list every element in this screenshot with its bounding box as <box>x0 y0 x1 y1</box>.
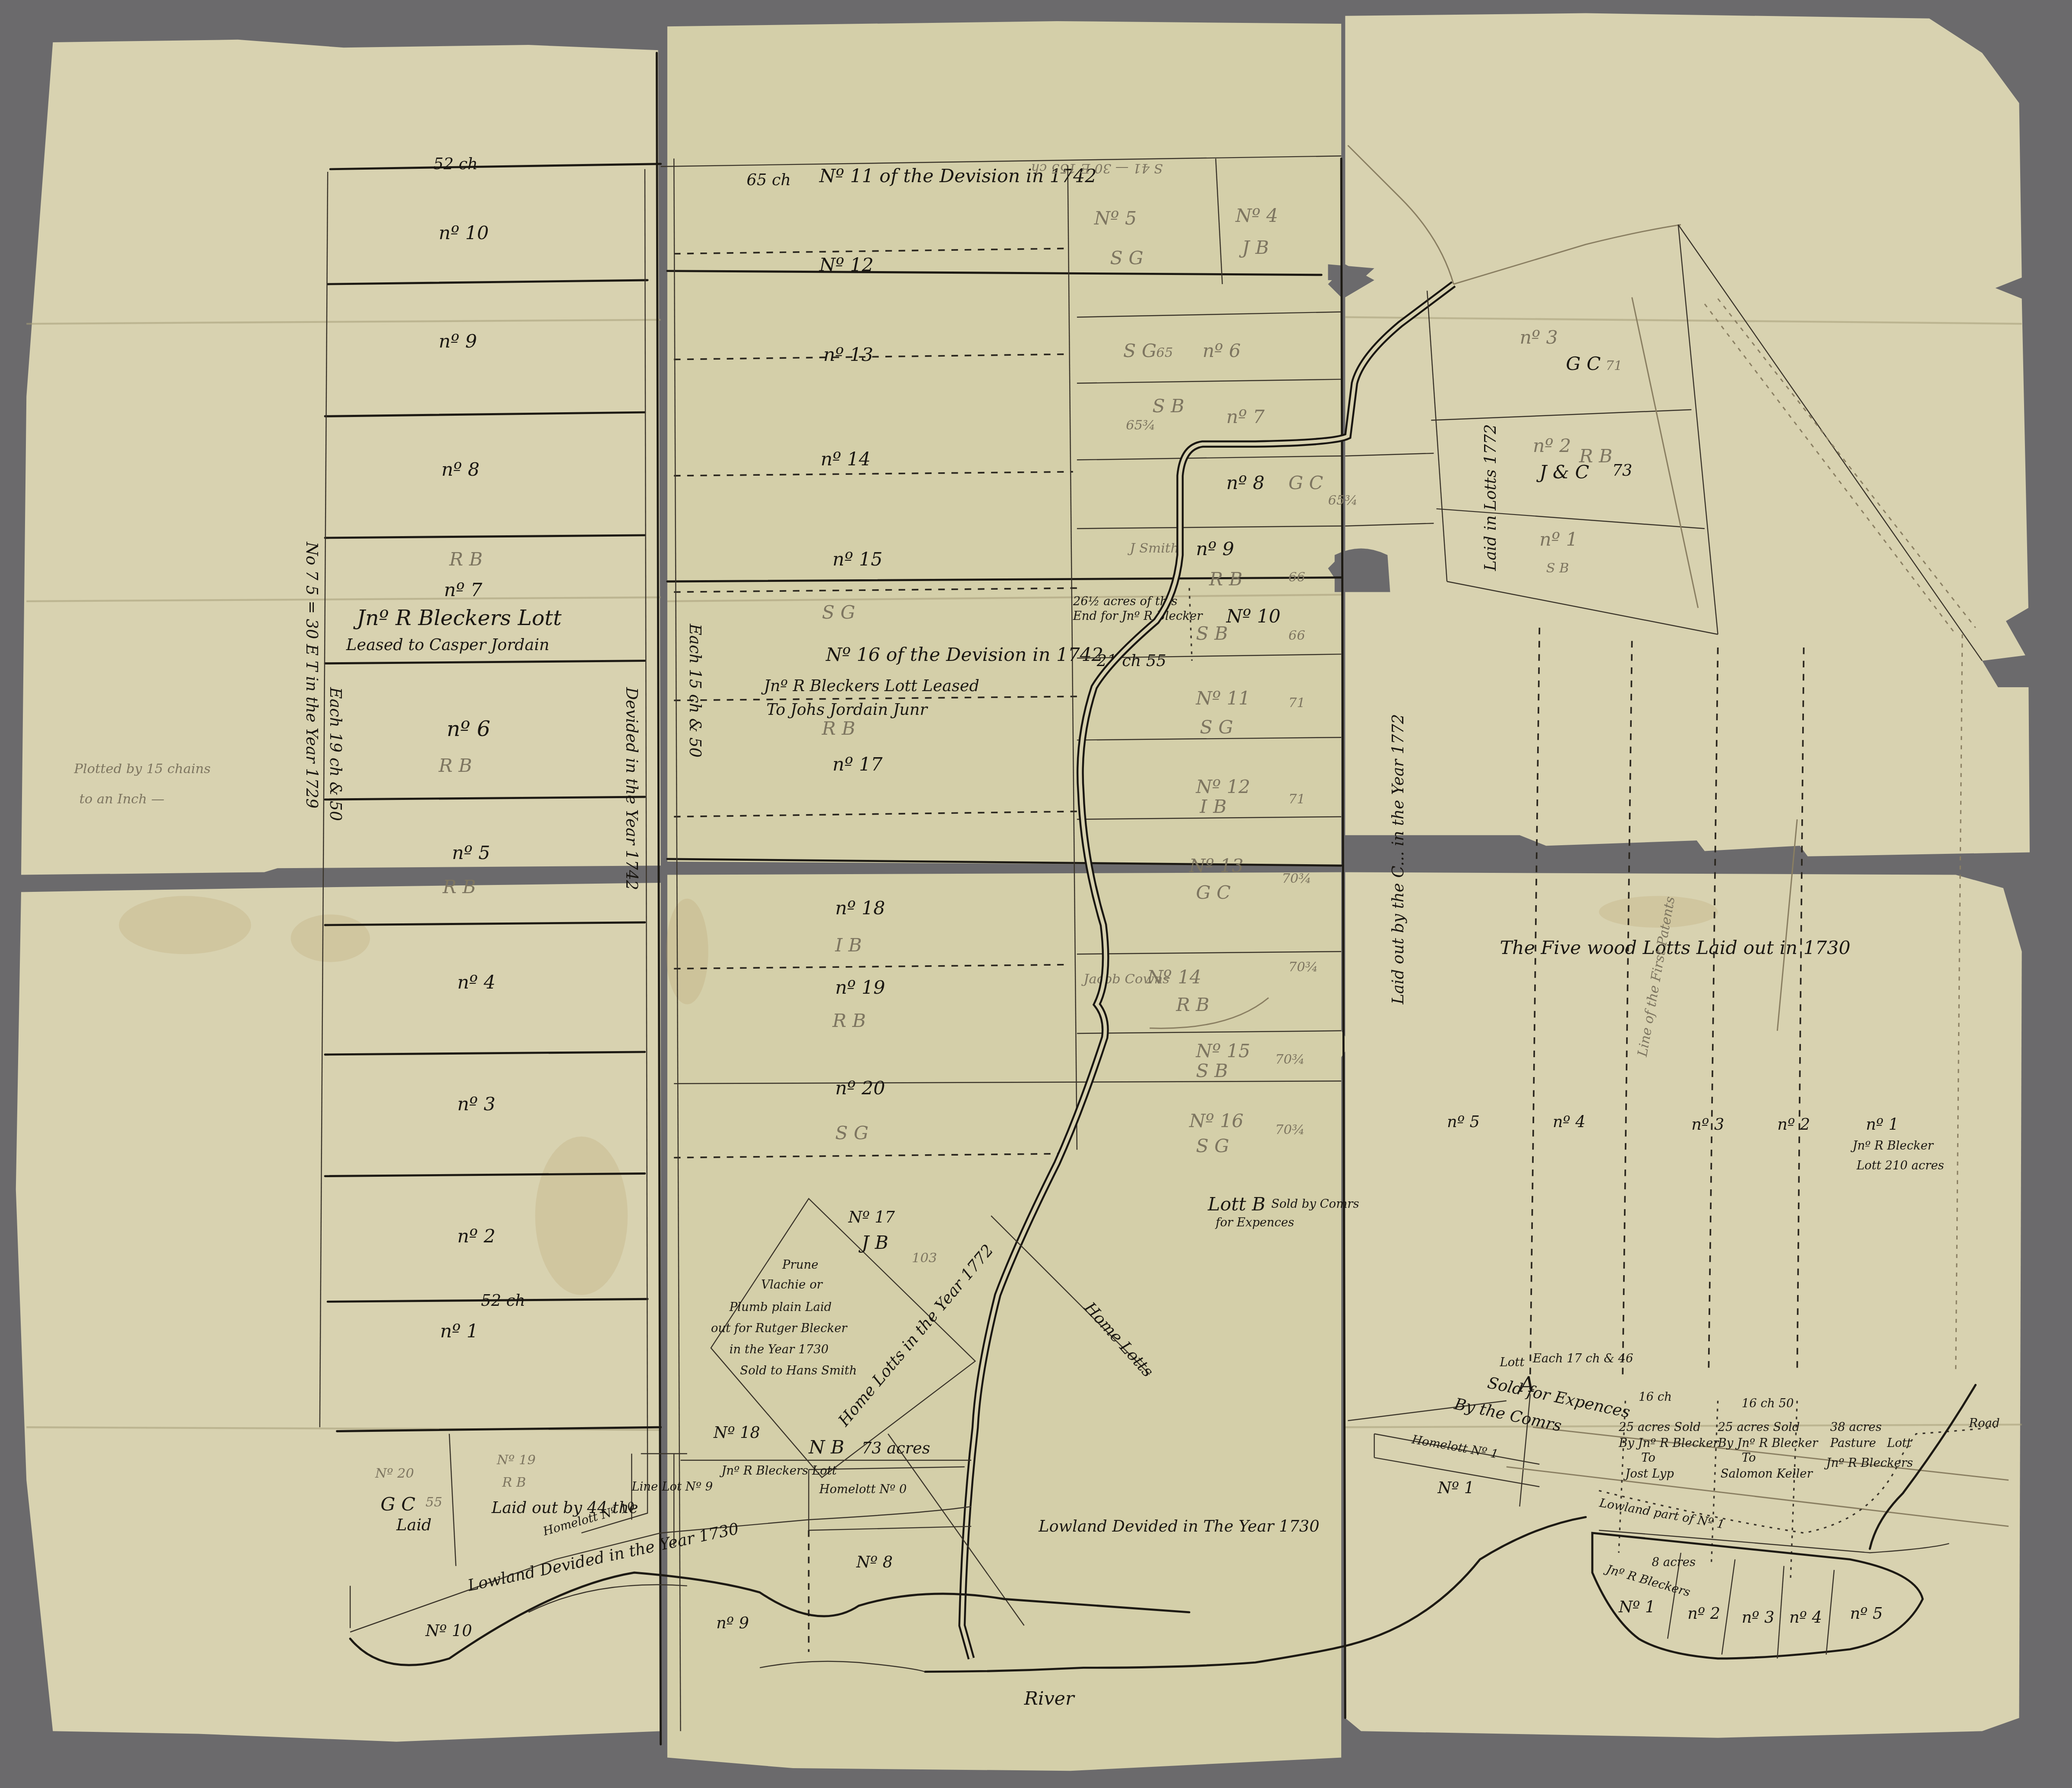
lot-owner: Jnº R Bleckers Lott <box>719 1464 837 1478</box>
lot-initials: R B <box>1175 994 1209 1016</box>
lowland-lot: nº 9 <box>716 1614 749 1632</box>
island-lot: Nº 1 <box>1618 1598 1655 1616</box>
island-lot: nº 2 <box>1687 1604 1720 1623</box>
lot-label: Nº 12 <box>1195 776 1250 798</box>
lot-label: nº 20 <box>835 1077 885 1099</box>
lot-lease-note: Leased to Casper Jordain <box>346 635 550 654</box>
sale-note: Jost Lyp <box>1623 1467 1674 1481</box>
lot-label: Nº 16 of the Devision in 1742 <box>825 644 1103 666</box>
lot-initials: S G <box>822 602 855 623</box>
lot-label: nº 6 <box>1203 340 1241 362</box>
lot-label: Nº 17 <box>848 1208 895 1226</box>
lot-label: nº 2 <box>1533 435 1571 457</box>
lot-label: nº 9 <box>439 331 477 352</box>
wood-lot-owner: Jnº R Blecker <box>1851 1139 1934 1153</box>
lot-label: Nº 15 <box>1195 1040 1250 1062</box>
lot-label: nº 8 <box>1226 472 1265 494</box>
lot-initials: R B <box>449 549 483 570</box>
lot-label: nº 8 <box>441 459 480 480</box>
lot-label: nº 1 <box>1539 529 1578 550</box>
lot-initials: J B <box>1239 237 1269 259</box>
chain-measure: 52 ch <box>481 1291 525 1310</box>
lot-extra: J & C <box>1536 461 1589 483</box>
lot-initials: R B <box>821 718 855 739</box>
chain-measure: 16 ch 50 <box>1742 1396 1794 1410</box>
lot-label: Nº 16 <box>1189 1110 1244 1132</box>
lot-initials: S B <box>1196 1060 1228 1082</box>
prune-line: Prune <box>782 1258 818 1272</box>
lot-label: nº 9 <box>1196 538 1234 560</box>
vertical-note: No 7 5 = 30 E T in the Year 1729 <box>303 541 321 809</box>
chain-measure: Each 17 ch & 46 <box>1532 1352 1633 1365</box>
lot-initials: R B <box>438 755 472 777</box>
lot-acres: 71 <box>1289 792 1305 807</box>
lot-initials: I B <box>1200 796 1227 818</box>
scale-note: Plotted by 15 chains <box>73 761 210 777</box>
lot-acres: 103 <box>912 1251 937 1266</box>
creek-note: End for Jnº R Blecker <box>1073 609 1203 623</box>
lot-label: Nº 18 <box>713 1423 760 1442</box>
survey-map: nº 10 nº 9 nº 8 R B nº 7 Jnº R Bleckers … <box>0 0 2072 1788</box>
island-lot: nº 4 <box>1789 1608 1822 1627</box>
sale-note: By Jnº R Blecker <box>1618 1436 1719 1450</box>
lowland-label: Lowland Devided in The Year 1730 <box>1038 1517 1319 1535</box>
prune-line: Vlachie or <box>761 1278 823 1292</box>
lot-initials: S G <box>1196 1135 1229 1157</box>
stain <box>535 1137 628 1295</box>
wood-lot-label: nº 1 <box>1866 1115 1898 1134</box>
lot-initials: N B <box>808 1437 844 1458</box>
panel-bottom-right <box>1345 872 2021 1737</box>
lot-label: nº 3 <box>457 1093 496 1115</box>
prune-line: in the Year 1730 <box>730 1343 829 1356</box>
lot-acres: 73 <box>1612 461 1633 480</box>
lot-label: Nº 14 <box>1147 967 1201 988</box>
lot-acres: 65¾ <box>1126 418 1156 433</box>
lot-initials: I B <box>835 935 862 956</box>
lot-acres: 66 <box>1289 628 1305 643</box>
lowland-lot: Nº 8 <box>856 1553 893 1571</box>
lot-owner-note: Jnº R Bleckers Lott <box>353 606 562 630</box>
road-label: Road <box>1968 1416 1999 1430</box>
sale-note: Pasture <box>1830 1436 1876 1450</box>
lot-acres: 65 <box>1156 345 1173 360</box>
lot-initials: S G <box>1200 717 1233 738</box>
lott-a-pre: Lott <box>1499 1355 1525 1369</box>
lot-initials: G C <box>381 1494 416 1515</box>
lot-label: nº 5 <box>452 842 490 864</box>
vertical-note: Devided in the Year 1742 <box>622 687 641 890</box>
sale-note: Jnº R Bleckers <box>1824 1456 1913 1470</box>
lot-label: nº 13 <box>823 344 873 366</box>
lot-label: Nº 10 <box>1226 606 1281 627</box>
lot-acres: 73 acres <box>862 1439 930 1457</box>
lot-owner-note: Jnº R Bleckers Lott Leased <box>761 676 979 695</box>
lot-label: nº 1 <box>440 1320 478 1342</box>
panel-bottom-left <box>16 883 661 1742</box>
lot-label: nº 15 <box>833 549 883 570</box>
lot-label: nº 18 <box>835 897 885 919</box>
line-lot: Line Lot Nº 9 <box>631 1480 713 1494</box>
wood-lot-label: nº 2 <box>1777 1115 1810 1134</box>
sale-note: To <box>1742 1451 1756 1465</box>
stain <box>666 899 708 1005</box>
wood-lot-acres: Lott 210 acres <box>1856 1159 1944 1172</box>
lot-label: nº 2 <box>457 1226 496 1247</box>
lot-label: nº 17 <box>833 754 883 775</box>
lot-label: nº 4 <box>457 972 496 993</box>
chain-measure: 65 ch <box>747 171 791 189</box>
lot-lease-note: To Johs Jordain Junr <box>767 700 929 719</box>
lot-initials: R B <box>832 1010 866 1032</box>
vertical-note: Each 15 ch & 50 <box>686 623 704 758</box>
prune-line: out for Rutger Blecker <box>711 1321 848 1335</box>
wood-lot-label: nº 3 <box>1691 1115 1724 1134</box>
lot-label: Nº 5 <box>1094 208 1137 229</box>
lot-initials: R B <box>442 876 476 898</box>
lot-acres: 70¾ <box>1289 960 1318 975</box>
lot-initials: J B <box>858 1232 888 1254</box>
island-lot: nº 5 <box>1850 1604 1883 1623</box>
vertical-note: Laid out by the C... in the Year 1772 <box>1389 714 1407 1005</box>
scale-note: to an Inch — <box>79 792 164 807</box>
lot-initials: G C <box>1566 353 1601 375</box>
lot-label: nº 7 <box>444 579 483 601</box>
river-label: River <box>1023 1688 1075 1709</box>
lott-b-note: Sold by Comrs <box>1271 1197 1359 1211</box>
lot-initials: G C <box>1196 882 1231 903</box>
bearing-label: S 41 — 30 E 155 ch <box>1031 161 1162 176</box>
wood-lot-label: nº 4 <box>1553 1112 1586 1131</box>
panel-top-right <box>1345 13 2030 856</box>
sale-note: Salomon Keller <box>1721 1467 1813 1481</box>
lot-acres: 70¾ <box>1282 871 1311 886</box>
island-lot: nº 3 <box>1742 1608 1775 1627</box>
stain <box>291 914 370 962</box>
lot-initials: S B <box>1546 561 1569 576</box>
sale-note: 25 acres Sold <box>1718 1420 1800 1434</box>
lot-initials: G C <box>1289 472 1323 494</box>
lot-label: nº 10 <box>439 222 489 244</box>
sale-note: 38 acres <box>1830 1420 1882 1434</box>
home-lot: Homelott Nº 0 <box>819 1482 907 1496</box>
lot-label: Nº 13 <box>1189 855 1244 877</box>
vertical-note: Each 19 ch & 50 <box>326 687 345 821</box>
wood-lot-label: nº 5 <box>1447 1112 1480 1131</box>
prune-line: Plumb plain Laid <box>729 1300 832 1314</box>
lot-label: Nº 4 <box>1235 205 1278 227</box>
lot-label: nº 7 <box>1226 406 1265 428</box>
lot-label: Nº 20 <box>375 1466 414 1481</box>
lot-initials: R B <box>1209 569 1242 590</box>
paper-sheet <box>16 13 2035 1771</box>
chain-measure: 52 ch <box>433 155 478 173</box>
lot-initials: S B <box>1152 395 1184 417</box>
lot-acres: 70¾ <box>1275 1122 1305 1137</box>
chain-measure: 16 ch <box>1639 1390 1672 1404</box>
lot-initials: S G <box>1123 340 1156 362</box>
lot-acres: 71 <box>1605 358 1622 373</box>
lot-label: nº 19 <box>835 977 885 998</box>
sale-note: By Jnº R Blecker <box>1718 1436 1819 1450</box>
lott-b-label: Lott B <box>1207 1194 1266 1215</box>
lowland-lot: Nº 10 <box>425 1621 472 1640</box>
lot-label: Nº 19 <box>496 1453 536 1468</box>
lot-initials: R B <box>502 1475 526 1490</box>
map-stage: nº 10 nº 9 nº 8 R B nº 7 Jnº R Bleckers … <box>0 0 2072 1788</box>
stain <box>119 896 251 954</box>
sale-note: Lott <box>1886 1436 1912 1450</box>
laid-note: Laid <box>396 1516 432 1534</box>
lott-b-note: for Expences <box>1215 1216 1294 1229</box>
lot-initials: S G <box>1110 247 1143 269</box>
vertical-note: Laid in Lotts 1772 <box>1481 424 1500 571</box>
lot-label: nº 6 <box>447 717 490 741</box>
lot-label: nº 14 <box>821 449 871 470</box>
lowland-lot: Nº 1 <box>1437 1478 1474 1497</box>
lot-prefix: J Smith <box>1127 541 1179 556</box>
island-note: 8 acres <box>1652 1555 1696 1569</box>
lot-acres: 66 <box>1289 570 1305 585</box>
lot-acres: 65¾ <box>1328 493 1358 508</box>
lot-acres: 70¾ <box>1275 1052 1305 1067</box>
wood-lots-title: The Five wood Lotts Laid out in 1730 <box>1500 937 1850 959</box>
lot-label: Nº 11 <box>1195 688 1250 709</box>
sale-note: 25 acres Sold <box>1618 1420 1701 1434</box>
lot-initials: S G <box>835 1122 869 1144</box>
lot-acres: 71 <box>1289 695 1305 711</box>
prune-line: Sold to Hans Smith <box>740 1364 857 1377</box>
lot-initials: S B <box>1196 623 1228 644</box>
lot-acres: 55 <box>426 1495 442 1510</box>
sale-note: To <box>1641 1451 1655 1465</box>
lot-label: nº 3 <box>1519 327 1558 348</box>
lot-label: Nº 12 <box>819 254 874 276</box>
